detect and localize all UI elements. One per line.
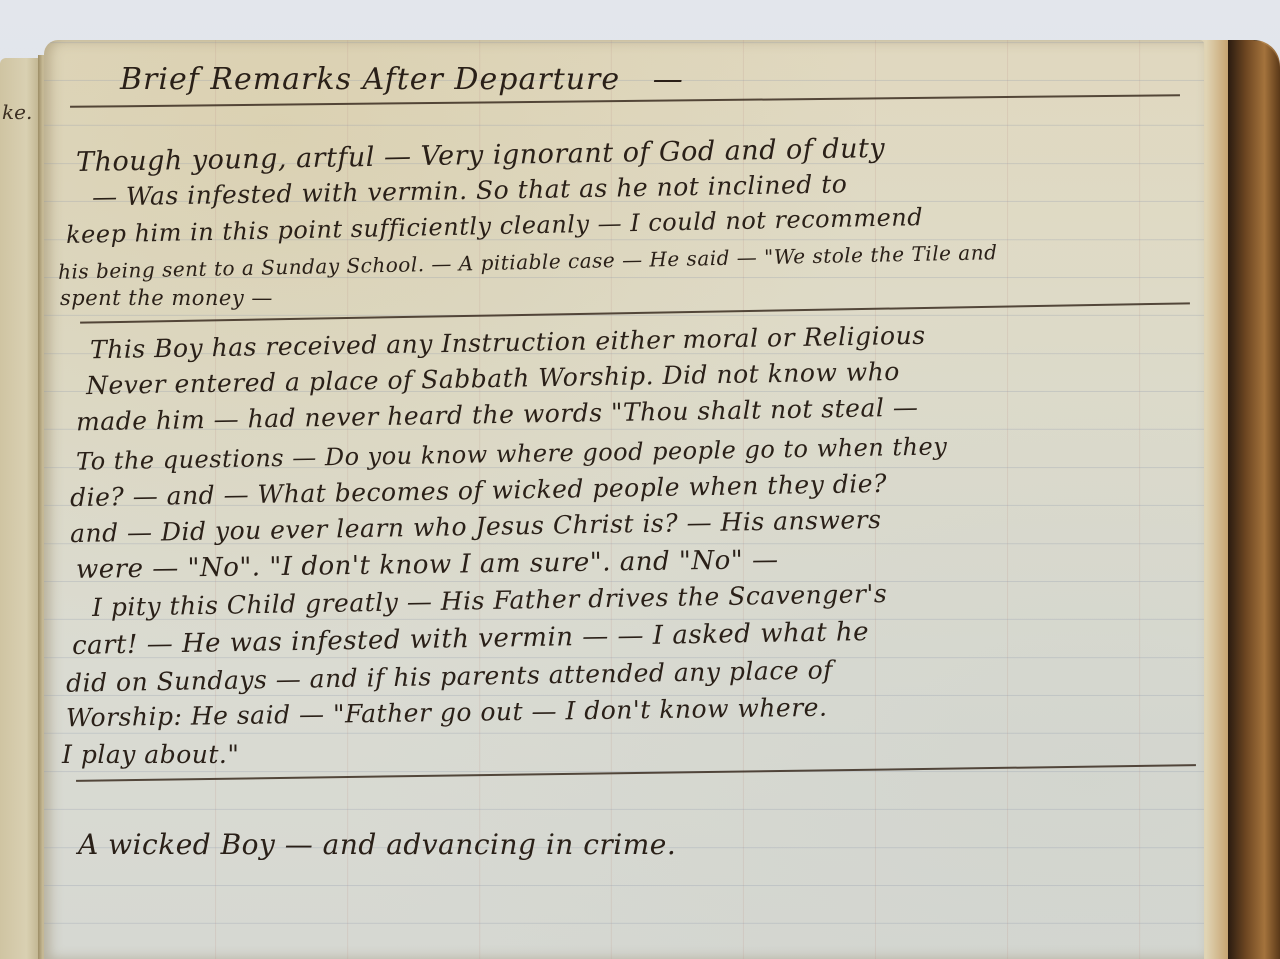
page-title-text: Brief Remarks After Departure xyxy=(120,62,620,97)
entry-line: I play about." xyxy=(62,740,239,769)
book-cover-edge xyxy=(1228,40,1280,959)
entry-line: spent the money — xyxy=(60,286,273,310)
page-title: Brief Remarks After Departure — xyxy=(120,62,684,97)
entry-line: A wicked Boy — and advancing in crime. xyxy=(78,828,676,861)
page-title-dash: — xyxy=(653,62,684,97)
left-page-fragment-text: ke. xyxy=(2,100,32,124)
